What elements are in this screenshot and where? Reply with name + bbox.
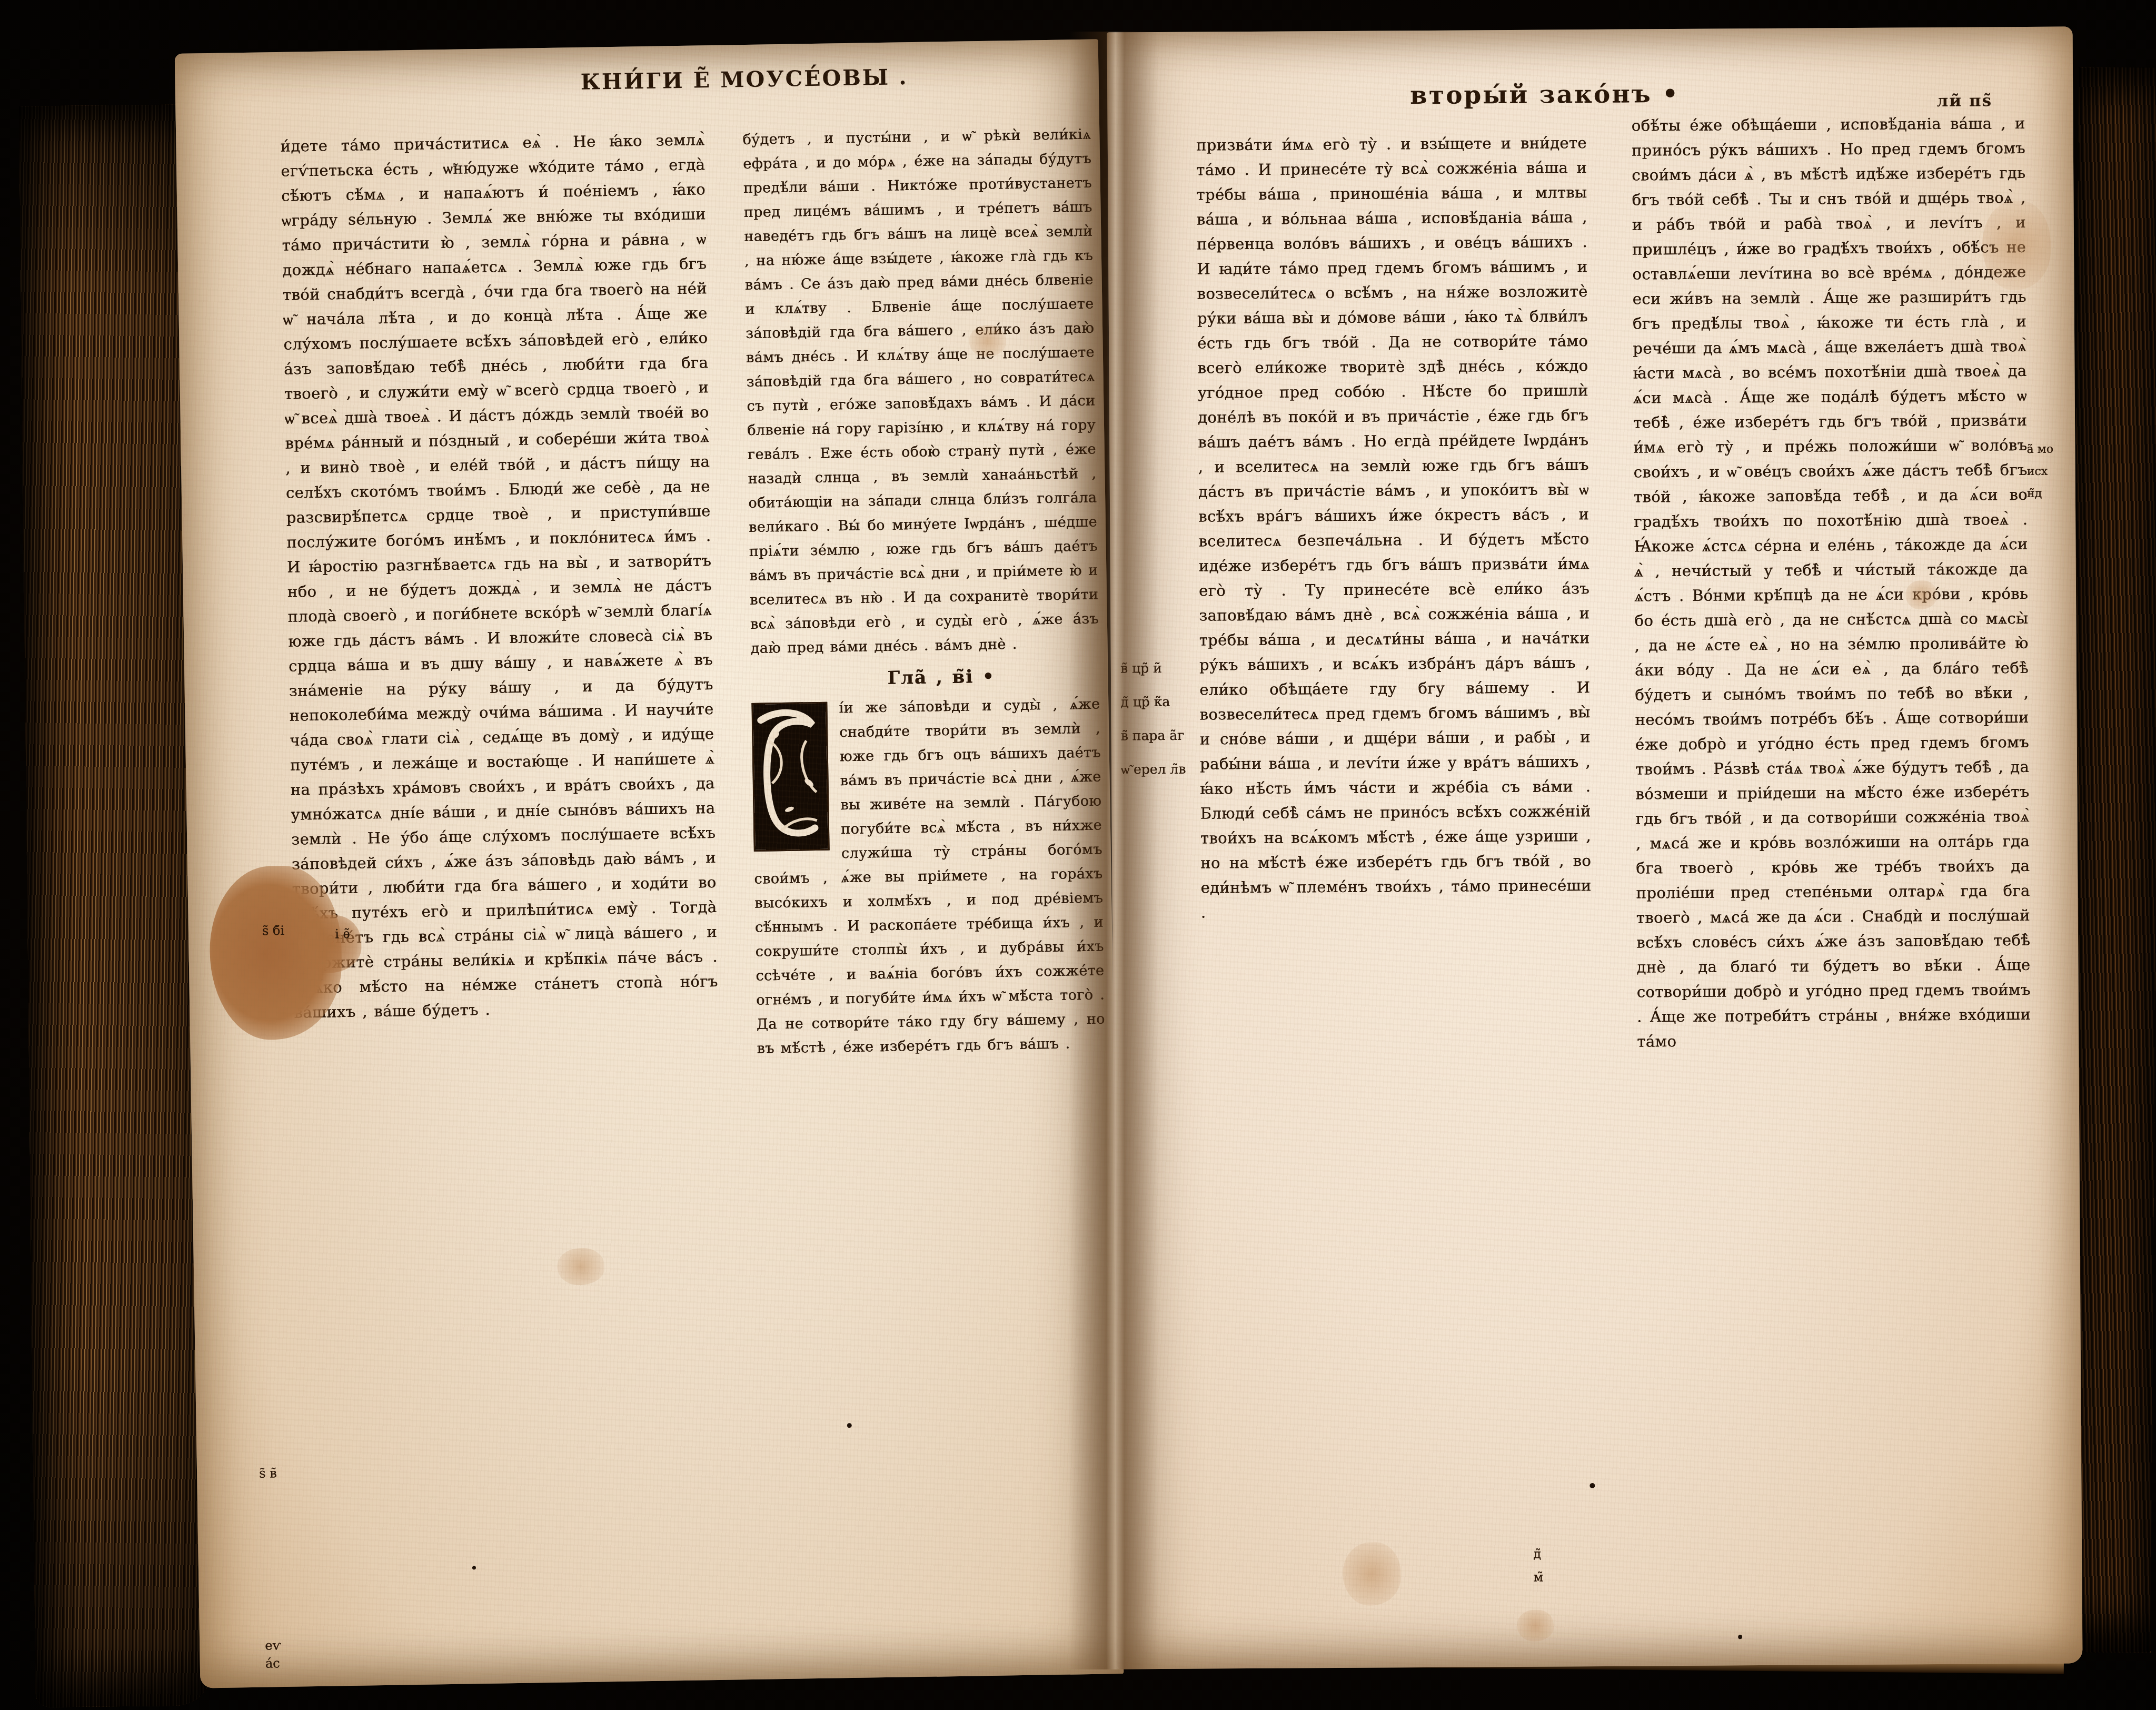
right-page: вторы́й зако́нъ • ли̃ пѕ̃ призва́ти и́мѧ… [1107,26,2083,1669]
margin-note: ѕ̃ б̃і [262,920,285,942]
ink-speck [472,1566,476,1569]
running-header-right: вторы́й зако́нъ • [1410,80,1680,110]
running-header-left: КНИ́ГИ Е̃ МОУСЕ́ОВЫ . [580,64,908,95]
column2-text-before-chapter: бу́детъ , и пусты́ни , и ѡ̃ рѣкѝ вели́кі… [742,126,1099,657]
margin-note: еѵ а́с [265,1636,282,1672]
chapter-12-opening: і́и же за́повѣди и суды̀ , ѧ́же снабди́т… [751,693,1106,1061]
folio-number: ли̃ пѕ̃ [1936,91,1992,111]
left-page-column-1: и́дете та́мо прича́ститисѧ еѧ̀ . Не ꙗ́ко… [280,127,728,1650]
left-page-column-2: бу́детъ , и пусты́ни , и ѡ̃ рѣкѝ вели́кі… [742,123,1115,1645]
woodcut-initial-art [753,704,828,850]
right-page-column-1: призва́ти и́мѧ его̀ ту̀ . и взы́щете и в… [1196,131,1596,1649]
margin-cross-references: в̃ цр̃ и̃ д̃ цр̃ к̃а в̃ пара а̃г ѡ̃ ерел… [1120,651,1186,787]
ink-speck [847,1423,852,1428]
ink-speck [1738,1635,1742,1639]
ink-speck [1589,1483,1595,1488]
margin-note: ѕ̃ в̃ [259,1462,277,1484]
chapter-heading: Гла̃ , в̃і • [751,656,1100,698]
right-page-column-2: обѣ́ты е́же обѣща́еши , исповѣ́даніа ва́… [1631,111,2034,1641]
margin-note: д̃ м̃ [1533,1543,1543,1589]
woodcut-initial-letter [751,702,829,852]
photo-of-open-book: КНИ́ГИ Е̃ МОУСЕ́ОВЫ . и́дете та́мо прича… [0,0,2156,1710]
book-fore-edge-right [2068,67,2156,1653]
left-page: КНИ́ГИ Е̃ МОУСЕ́ОВЫ . и́дете та́мо прича… [175,39,1124,1688]
margin-note: і ѳ̃ [335,923,350,944]
margin-note: а̃ мо исх н̃д [2026,439,2053,505]
